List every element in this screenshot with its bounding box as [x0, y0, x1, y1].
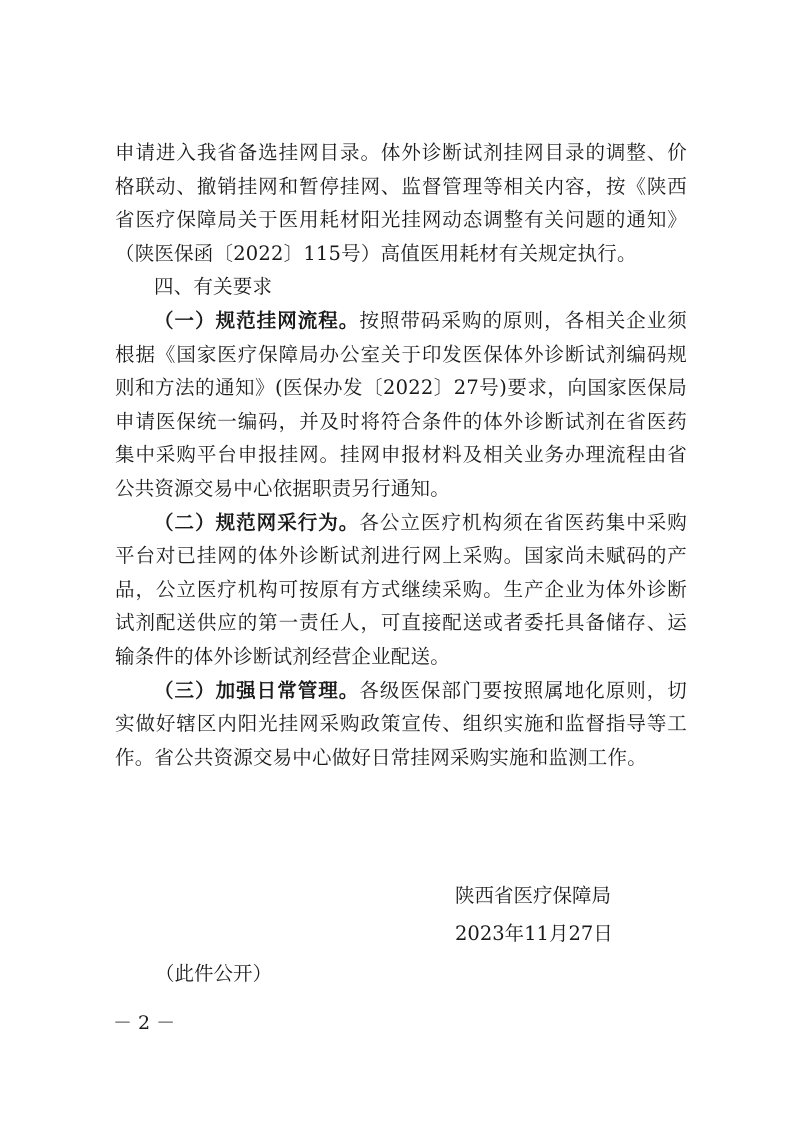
- text-line: 则和方法的通知》(医保办发〔2022〕27号)要求，向国家医保局: [115, 371, 687, 405]
- item-first-line: （一）规范挂网流程。按照带码采购的原则，各相关企业须: [115, 304, 687, 338]
- text-line: 公共资源交易中心依据职责另行通知。: [115, 472, 687, 506]
- text-line: 申请进入我省备选挂网目录。体外诊断试剂挂网目录的调整、价: [115, 136, 687, 170]
- item-title: （一）规范挂网流程。: [154, 309, 359, 332]
- signature-date: 2023年11月27日: [455, 915, 613, 953]
- section-heading: 四、有关要求: [115, 270, 687, 304]
- document-body: 申请进入我省备选挂网目录。体外诊断试剂挂网目录的调整、价 格联动、撤销挂网和暂停…: [115, 136, 687, 774]
- item-text: 各级医保部门要按照属地化原则，切: [359, 679, 687, 702]
- text-line: 平台对已挂网的体外诊断试剂进行网上采购。国家尚未赋码的产: [115, 539, 687, 573]
- text-line: 试剂配送供应的第一责任人，可直接配送或者委托具备储存、运: [115, 606, 687, 640]
- disclosure-note: （此件公开）: [155, 958, 272, 986]
- item-text: 各公立医疗机构须在省医药集中采购: [359, 511, 687, 534]
- text-line: 省医疗保障局关于医用耗材阳光挂网动态调整有关问题的通知》: [115, 203, 687, 237]
- signature-organization: 陕西省医疗保障局: [455, 877, 611, 915]
- text-line: 实做好辖区内阳光挂网采购政策宣传、组织实施和监督指导等工: [115, 707, 687, 741]
- page-number: －2－: [113, 1008, 181, 1035]
- item-first-line: （二）规范网采行为。各公立医疗机构须在省医药集中采购: [115, 506, 687, 540]
- text-line: 集中采购平台申报挂网。挂网申报材料及相关业务办理流程由省: [115, 438, 687, 472]
- text-line: 品，公立医疗机构可按原有方式继续采购。生产企业为体外诊断: [115, 573, 687, 607]
- item-first-line: （三）加强日常管理。各级医保部门要按照属地化原则，切: [115, 674, 687, 708]
- item-title: （二）规范网采行为。: [154, 511, 359, 534]
- text-line: （陕医保函〔2022〕115号）高值医用耗材有关规定执行。: [115, 237, 687, 271]
- text-line: 格联动、撤销挂网和暂停挂网、监督管理等相关内容，按《陕西: [115, 170, 687, 204]
- document-page: 申请进入我省备选挂网目录。体外诊断试剂挂网目录的调整、价 格联动、撤销挂网和暂停…: [0, 0, 793, 1122]
- text-line: 作。省公共资源交易中心做好日常挂网采购实施和监测工作。: [115, 741, 687, 775]
- item-text: 按照带码采购的原则，各相关企业须: [359, 309, 687, 332]
- text-line: 根据《国家医疗保障局办公室关于印发医保体外诊断试剂编码规: [115, 338, 687, 372]
- item-title: （三）加强日常管理。: [154, 679, 359, 702]
- text-line: 输条件的体外诊断试剂经营企业配送。: [115, 640, 687, 674]
- text-line: 申请医保统一编码，并及时将符合条件的体外诊断试剂在省医药: [115, 405, 687, 439]
